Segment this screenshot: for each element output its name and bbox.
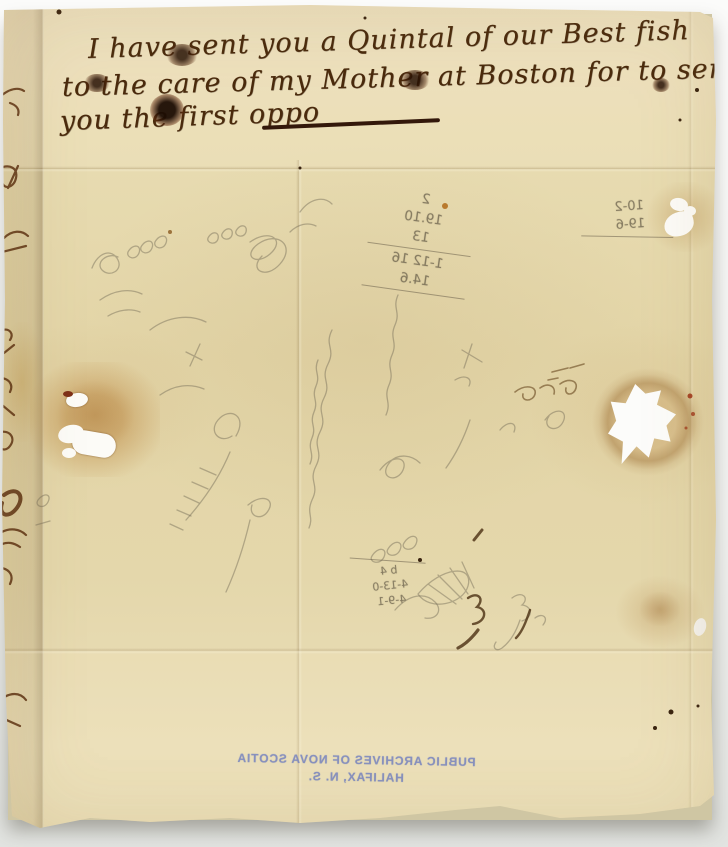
horizontal-crease-lower [0,648,728,654]
lower-panel-tone [0,650,728,830]
vertical-crease-center [296,160,302,847]
ink-blot [400,70,430,90]
ink-blot-heavy [150,94,184,126]
paper-hole-top-right-c [684,206,696,216]
paper-hole-left-chip [62,448,76,458]
archive-stamp: PUBLIC ARCHIVES OF NOVA SCOTIA HALIFAX, … [230,751,483,787]
horizontal-crease-upper [0,166,728,172]
letter-paper: 10-2 19-6 2 19.10 13 1-12 16 14.6 b 4 4-… [0,0,728,847]
bottom-right-stain-core [640,592,680,626]
ink-blot [652,78,670,92]
archive-stamp-line-2: HALIFAX, N. S. [230,768,482,787]
pencil-figures-top-right: 10-2 19-6 [587,195,674,242]
paper-hole-left-small [65,392,89,409]
paper-hole-seal-tear [608,384,676,464]
scan-background: 10-2 19-6 2 19.10 13 1-12 16 14.6 b 4 4-… [0,0,728,847]
archive-stamp-line-1: PUBLIC ARCHIVES OF NOVA SCOTIA [230,751,482,770]
paper-fleck-right-edge [692,617,708,637]
pencil-rule [581,235,673,238]
vertical-crease-right [688,0,694,847]
pencil-figures-lower: b 4 4-13-0 4-9-1 [350,554,431,612]
letter-line-3: you the first oppo [59,97,320,137]
ink-blot [84,74,110,92]
ink-blot [166,44,198,66]
left-fold-panel [0,0,44,847]
pencil-figures-center: 2 19.10 13 1-12 16 14.6 [361,183,479,301]
left-damage-stain [30,362,160,477]
